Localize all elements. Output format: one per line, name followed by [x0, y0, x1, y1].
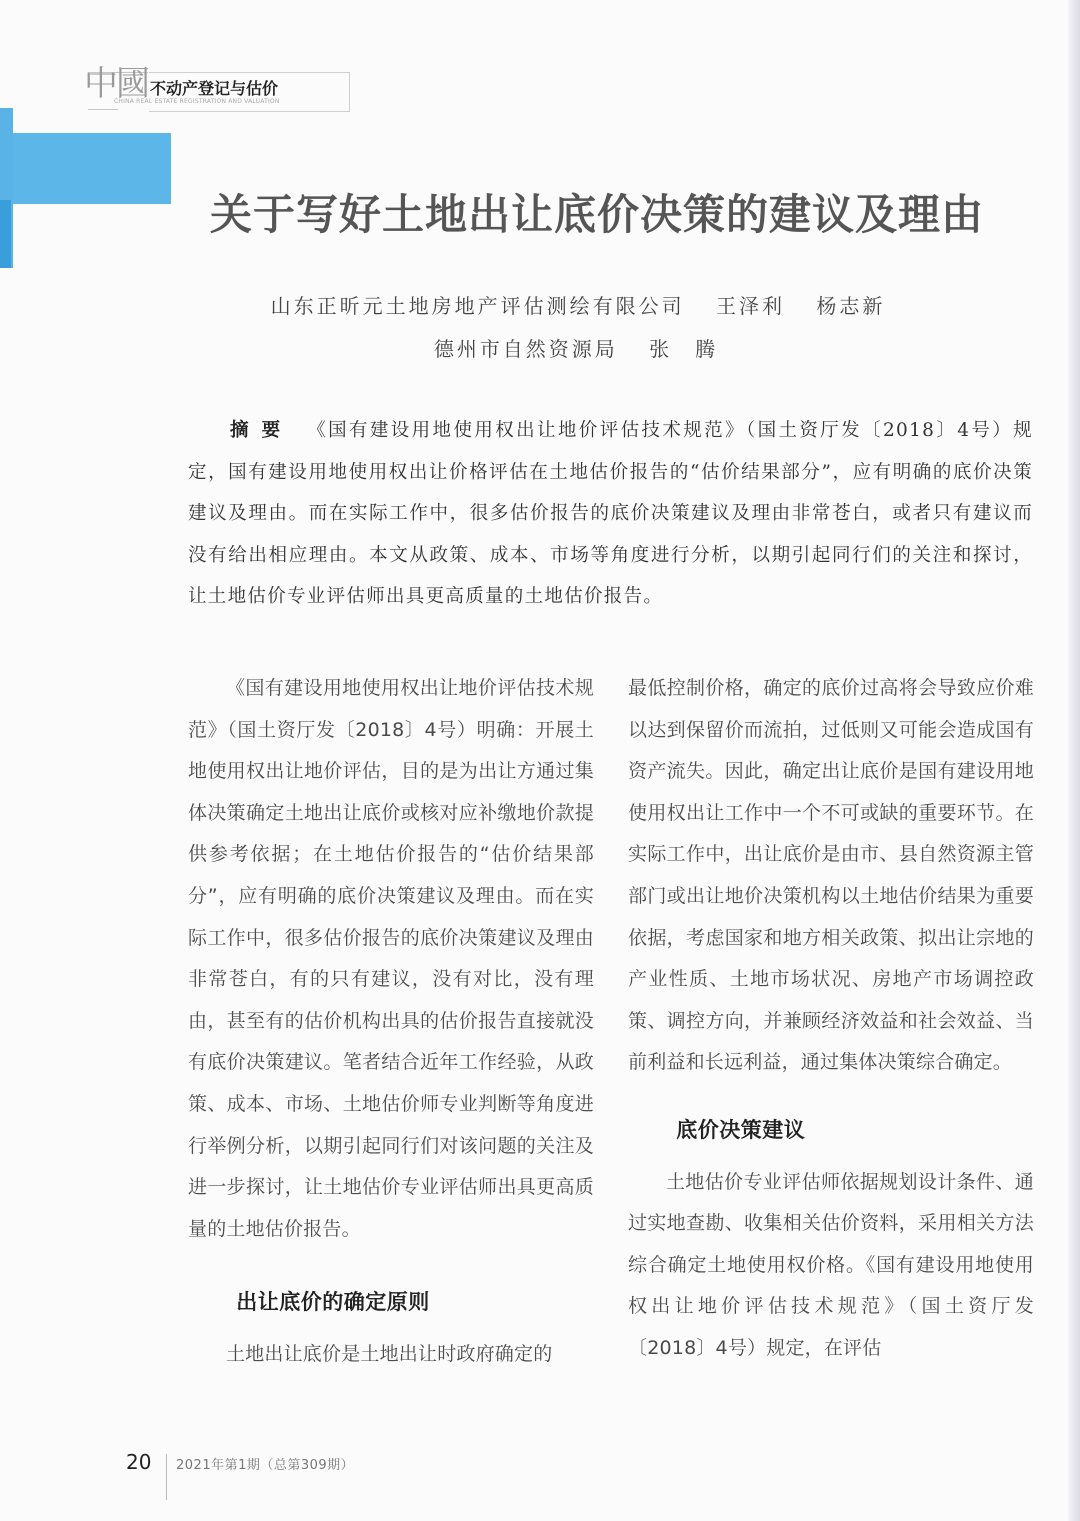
body-column-left: 《国有建设用地使用权出让地价评估技术规范》（国土资厅发〔2018〕4号）明确：开… [188, 668, 594, 1376]
page-number: 20 [126, 1450, 151, 1474]
section-paragraph: 土地估价专业评估师依据规划设计条件、通过实地查勘、收集相关估价资料，采用相关方法… [628, 1162, 1034, 1370]
intro-paragraph: 《国有建设用地使用权出让地价评估技术规范》（国土资厅发〔2018〕4号）明确：开… [188, 668, 594, 1250]
issue-info: 2021年第1期（总第309期） [176, 1454, 354, 1473]
journal-name: 不动产登记与估价 [150, 76, 278, 99]
abstract-text: 《国有建设用地使用权出让地价评估技术规范》（国土资厅发〔2018〕4号）规定，国… [188, 420, 1033, 607]
abstract-label: 摘要 [230, 420, 293, 441]
section-paragraph-continued: 最低控制价格，确定的底价过高将会导致应价难以达到保留价而流拍，过低则又可能会造成… [628, 668, 1034, 1084]
logo-rule [88, 109, 118, 110]
author-name: 王泽利 [716, 294, 785, 318]
author-line-2: 德州市自然资源局 张 腾 [36, 333, 1080, 362]
section-paragraph: 土地出让底价是土地出让时政府确定的 [188, 1334, 594, 1376]
body-column-right: 最低控制价格，确定的底价过高将会导致应价难以达到保留价而流拍，过低则又可能会造成… [628, 668, 1034, 1370]
footer-divider [166, 1454, 167, 1500]
author-org: 德州市自然资源局 [434, 337, 618, 361]
author-org: 山东正昕元土地房地产评估测绘有限公司 [271, 294, 685, 318]
page-edge-shadow [1068, 0, 1080, 1521]
article-title: 关于写好土地出让底价决策的建议及理由 [210, 182, 1010, 242]
decorative-blue-bar-dark [0, 200, 11, 268]
journal-name-english: CHINA REAL ESTATE REGISTRATION AND VALUA… [114, 98, 280, 105]
decorative-blue-block [13, 133, 171, 204]
abstract: 摘要《国有建设用地使用权出让地价评估技术规范》（国土资厅发〔2018〕4号）规定… [188, 410, 1033, 618]
author-line-1: 山东正昕元土地房地产评估测绘有限公司 王泽利 杨志新 [38, 290, 1080, 319]
section-heading: 出让底价的确定原则 [188, 1282, 594, 1324]
journal-logo: 中國 不动产登记与估价 CHINA REAL ESTATE REGISTRATI… [78, 58, 288, 114]
section-heading: 底价决策建议 [628, 1110, 1034, 1152]
author-name: 张 腾 [649, 337, 718, 361]
author-name: 杨志新 [816, 294, 885, 318]
